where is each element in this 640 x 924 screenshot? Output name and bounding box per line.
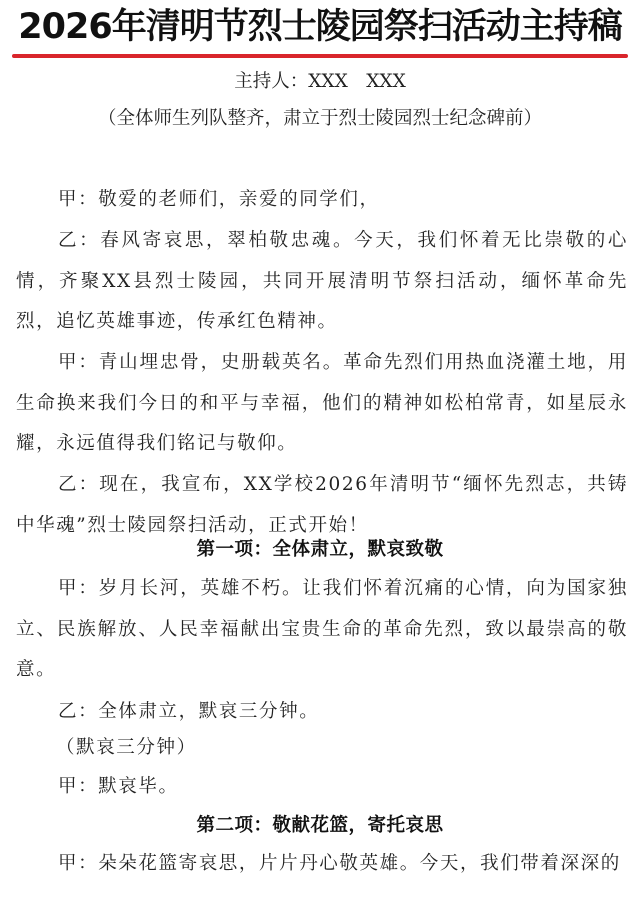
paragraph-silence-end: 甲：默哀毕。 <box>58 775 179 799</box>
paragraph-silence-note: （默哀三分钟） <box>56 736 197 760</box>
paragraph-announcement: 乙：现在，我宣布，XX学校2026年清明节“缅怀先烈志，共铸中华魂”烈士陵园祭扫… <box>16 465 628 546</box>
document-title: 2026年清明节烈士陵园祭扫活动主持稿 <box>0 4 640 50</box>
paragraph-silence-call: 乙：全体肃立，默哀三分钟。 <box>58 700 319 724</box>
paragraph-opening-jia: 甲：青山埋忠骨，史册载英名。革命先烈们用热血浇灌土地，用生命换来我们今日的和平与… <box>16 343 628 465</box>
section-heading-1: 第一项：全体肃立，默哀致敬 <box>0 538 640 562</box>
paragraph-opening-yi: 乙：春风寄哀思，翠柏敬忠魂。今天，我们怀着无比崇敬的心情，齐聚XX县烈士陵园，共… <box>16 221 628 343</box>
section-heading-2: 第二项：敬献花篮，寄托哀思 <box>0 814 640 838</box>
paragraph-flowers-intro: 甲：朵朵花篮寄哀思，片片丹心敬英雄。今天，我们带着深深的 <box>58 852 621 876</box>
hosts-line: 主持人：XXX XXX <box>0 70 640 94</box>
stage-direction: （全体师生列队整齐，肃立于烈士陵园烈士纪念碑前） <box>0 107 640 131</box>
paragraph-greeting: 甲：敬爱的老师们，亲爱的同学们， <box>16 180 628 221</box>
paragraph-silence-intro: 甲：岁月长河，英雄不朽。让我们怀着沉痛的心情，向为国家独立、民族解放、人民幸福献… <box>16 569 628 691</box>
title-red-rule <box>12 54 628 58</box>
